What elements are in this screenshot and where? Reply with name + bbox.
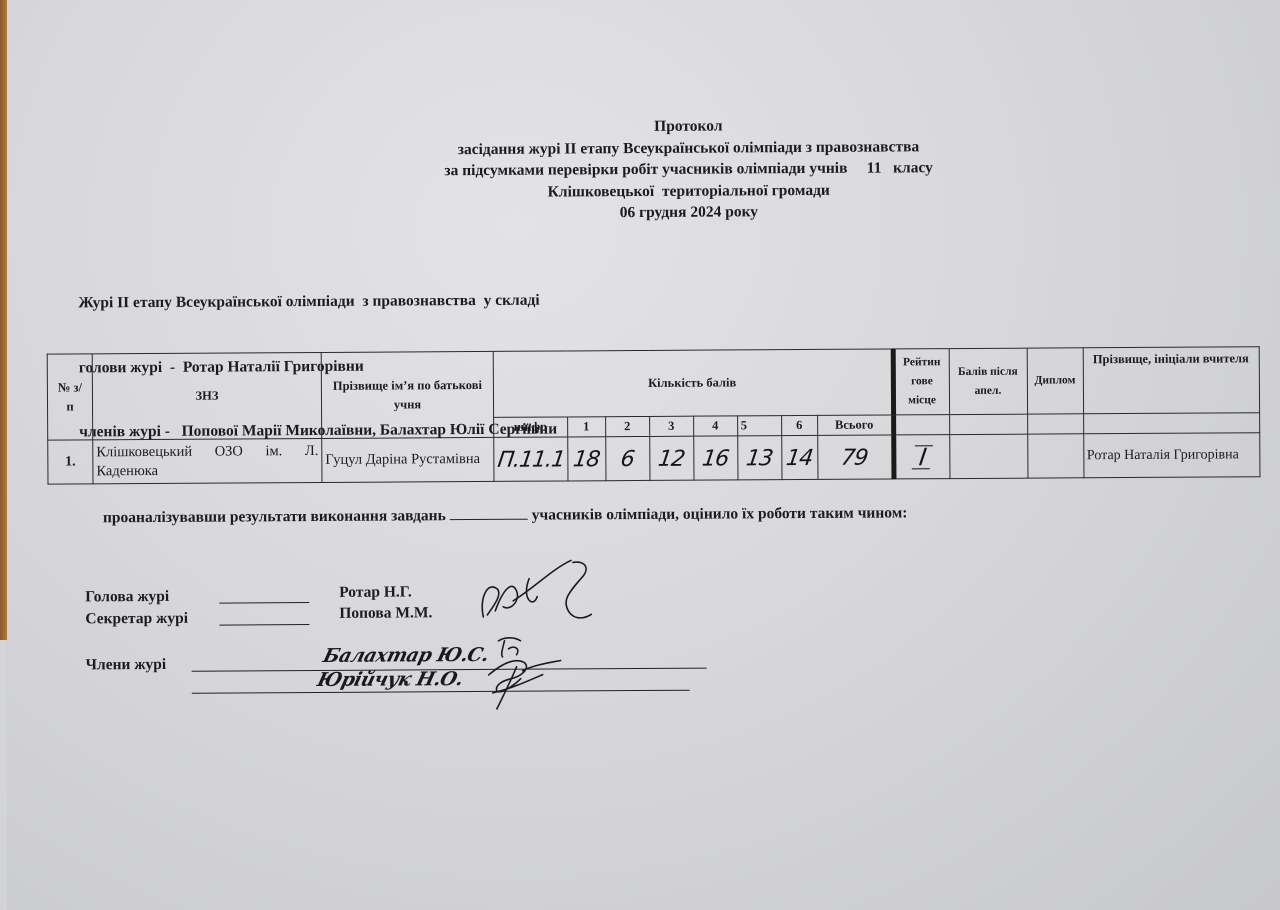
diploma-sub-empty (1027, 414, 1083, 434)
row-student: Гуцул Даріна Рустамівна (322, 437, 494, 482)
row-total: 79 (814, 435, 896, 480)
header-school: ЗНЗ (92, 352, 322, 439)
header-diploma: Диплом (1027, 348, 1083, 414)
protocol-page: Протокол засідання журі ІІ етапу Всеукра… (0, 0, 1280, 910)
secretary-name: Попова М.М. (339, 603, 432, 624)
header-teacher: Прізвище, ініціали вчителя (1083, 347, 1259, 414)
header-task-3: 3 (649, 416, 693, 436)
row-task-5: 13 (734, 436, 784, 480)
header-num: № з/п (47, 354, 93, 440)
row-rank: I (890, 435, 952, 479)
header-task-6: 6 (781, 415, 817, 435)
row-task-3: 12 (646, 436, 696, 480)
protocol-date: 06 грудня 2024 року (339, 200, 1039, 226)
header-after-appeal: Балів після апел. (949, 348, 1027, 414)
teacher-sub-empty (1083, 413, 1259, 434)
row-cipher: П.11.1 (491, 437, 570, 481)
table-header-row: № з/п ЗНЗ Прізвище ім’я по батькові учня… (47, 347, 1259, 420)
analysis-text-after: учасників олімпіади, оцінило їх роботи т… (532, 504, 908, 523)
chair-label: Голова журі (85, 587, 169, 608)
analysis-text-before: проаналізувавши результати виконання зав… (103, 507, 446, 526)
header-rank: Рейтин говe місце (893, 349, 949, 415)
chair-signature-icon (473, 558, 613, 629)
rank-sub-empty (893, 415, 949, 435)
row-teacher: Ротар Наталія Григорівна (1083, 433, 1259, 478)
jury-intro-line: Журі ІІ етапу Всеукраїнської олімпіади з… (78, 287, 906, 314)
row-school: Клішковецький ОЗО ім. Л. Каденюка (93, 438, 322, 483)
row-task-6: 14 (778, 435, 820, 479)
secretary-signature-line (219, 624, 309, 626)
participants-count-blank (450, 507, 528, 520)
row-after-appeal (949, 434, 1027, 478)
row-diploma (1027, 434, 1083, 478)
secretary-label: Секретар журі (85, 609, 188, 630)
appeal-sub-empty (949, 414, 1027, 434)
table-row: 1. Клішковецький ОЗО ім. Л. Каденюка Гуц… (48, 433, 1260, 484)
row-task-2: 6 (602, 436, 652, 480)
member-2-handwritten-name: Юрійчук Н.О. (315, 669, 465, 690)
header-task-1: 1 (567, 417, 605, 437)
results-table: № з/п ЗНЗ Прізвище ім’я по батькові учня… (47, 346, 1260, 484)
header-task-5: 5 (737, 416, 781, 436)
header-scores-group: Кількість балів (493, 349, 893, 417)
header-total: Всього (817, 415, 893, 435)
member-signatures-icon (480, 634, 570, 711)
row-task-4: 16 (690, 436, 740, 480)
header-task-4: 4 (693, 416, 737, 436)
chair-signature-line (219, 602, 309, 604)
member-1-handwritten-name: Балахтар Ю.С. (321, 645, 491, 666)
header-cipher: шифр (494, 417, 568, 437)
chair-name: Ротар Н.Г. (339, 582, 412, 602)
members-label: Члени журі (86, 655, 167, 675)
row-num: 1. (48, 440, 93, 484)
analysis-line: проаналізувавши результати виконання зав… (80, 481, 908, 551)
member-2-signature-line (192, 690, 690, 694)
row-task-1: 18 (564, 437, 608, 481)
protocol-title-block: Протокол засідання журі ІІ етапу Всеукра… (338, 114, 1039, 226)
header-student: Прізвище ім’я по батькові учня (321, 351, 494, 438)
header-task-2: 2 (605, 416, 649, 436)
